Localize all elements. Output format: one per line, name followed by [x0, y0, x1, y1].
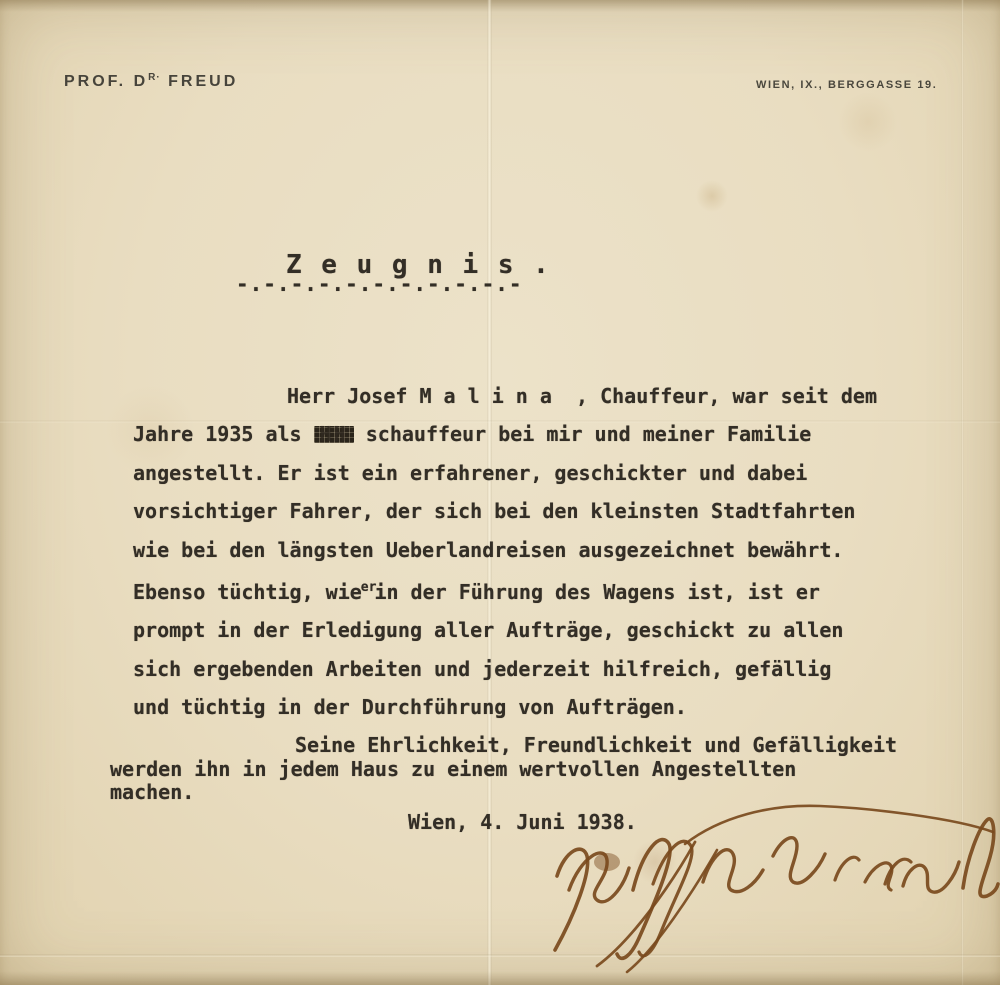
letterhead-name-prefix: PROF. D [64, 73, 148, 90]
letterhead-name-superscript: R· [148, 72, 161, 83]
body-line: werden ihn in jedem Haus zu einem wertvo… [110, 758, 910, 782]
body-line: vorsichtiger Fahrer, der sich bei den kl… [133, 492, 923, 530]
body-line: Seine Ehrlichkeit, Freundlichkeit und Ge… [110, 734, 910, 758]
overstrike-correction: HH [314, 426, 354, 443]
body-line: und tüchtig in der Durchführung von Auft… [133, 688, 923, 726]
paper-top-fold [0, 0, 1000, 12]
body-line: Herr Josef M a l i n a , Chauffeur, war … [133, 377, 923, 415]
body-line-text: schauffeur bei mir und meiner Familie [354, 422, 812, 446]
body-line-text: in der Führung des Wagens ist, ist er [374, 580, 820, 604]
body-line: Ebenso tüchtig, wieerin der Führung des … [133, 569, 923, 611]
body-line: prompt in der Erledigung aller Aufträge,… [133, 611, 923, 649]
body-line: Jahre 1935 als HH schauffeur bei mir und… [133, 415, 923, 453]
handwritten-signature: Prof.Dr.Freud [535, 792, 1000, 985]
body-line-text: Ebenso tüchtig, wie [133, 580, 362, 604]
letterhead-name-rest: FREUD [161, 73, 239, 90]
body-line: sich ergebenden Arbeiten und jederzeit h… [133, 650, 923, 688]
title-underline-rule: -.-.-.-.-.-.-.-.-.-.- [236, 272, 523, 296]
letterhead-name: PROF. DR· FREUD [64, 72, 238, 91]
letterhead-address: WIEN, IX., BERGGASSE 19. [756, 79, 937, 91]
body-line: angestellt. Er ist ein erfahrener, gesch… [133, 454, 923, 492]
body-paragraph-1: Herr Josef M a l i n a , Chauffeur, war … [133, 377, 923, 727]
signature-ink-strokes [535, 792, 1000, 985]
letter-document: PROF. DR· FREUD WIEN, IX., BERGGASSE 19.… [0, 0, 1000, 985]
body-line-text: Jahre 1935 als [133, 422, 314, 446]
body-line: wie bei den längsten Ueberlandreisen aus… [133, 531, 923, 569]
